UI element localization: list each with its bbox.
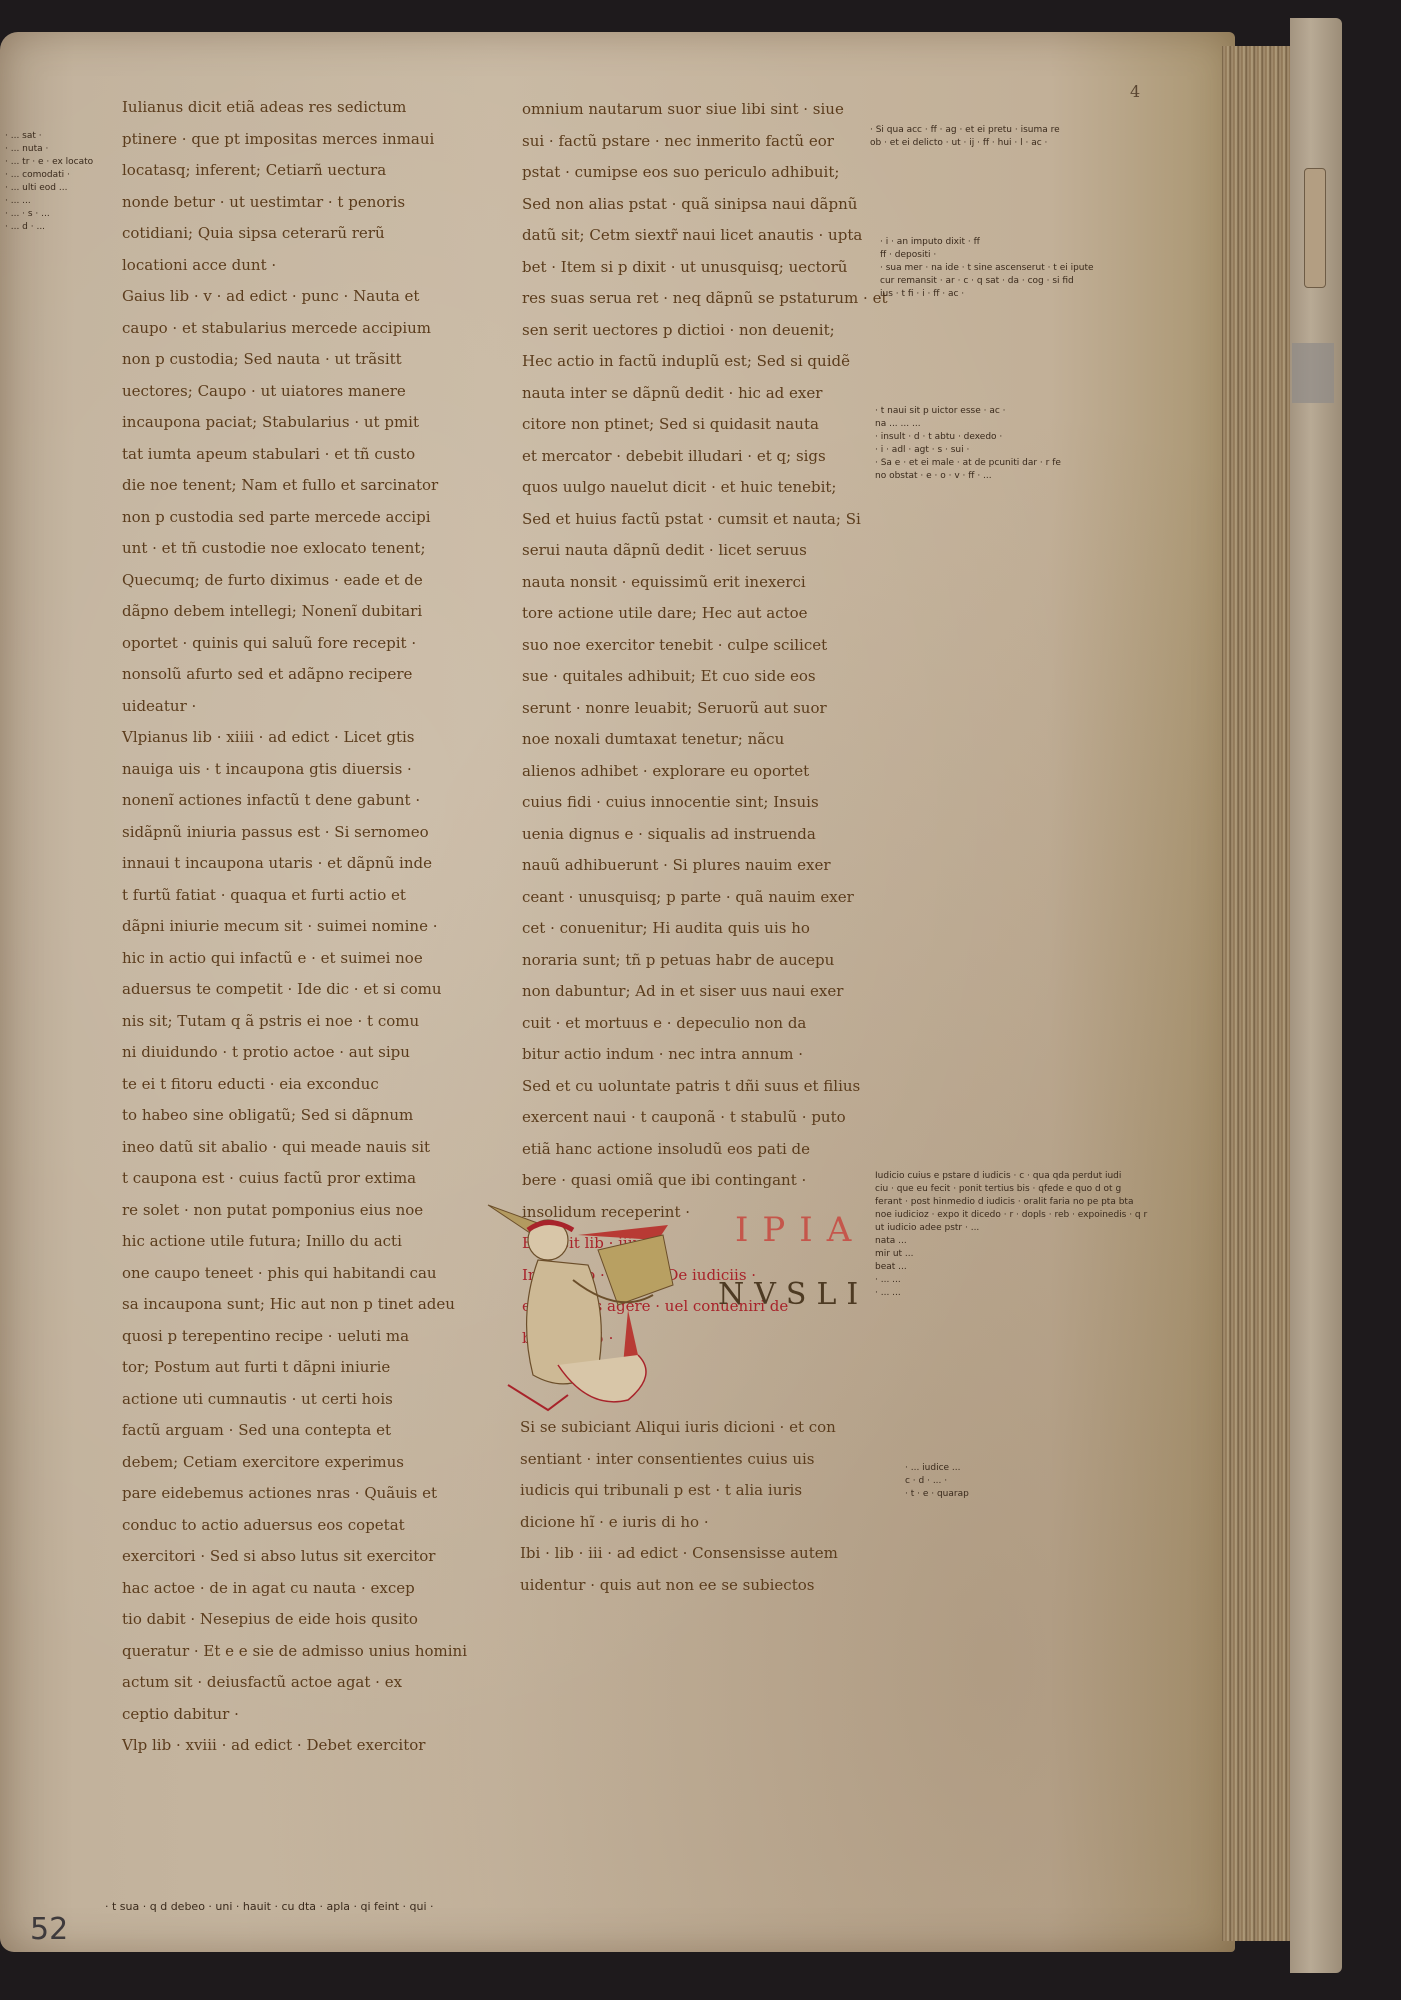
text-line: datũ sit; Cetm siextr̃ naui licet anauti…	[522, 220, 872, 252]
foliation-number: 4	[1130, 82, 1140, 101]
text-line: noe noxali dumtaxat tenetur; nãcu	[522, 724, 872, 756]
text-line: Ibi · lib · iii · ad edict · Consensisse…	[520, 1538, 870, 1570]
text-line: tat iumta apeum stabulari · et tñ custo	[122, 439, 512, 471]
text-line: Gaius lib · v · ad edict · punc · Nauta …	[122, 281, 512, 313]
text-line: cotidiani; Quia sipsa ceterarũ rerũ	[122, 218, 512, 250]
text-line: exercitori · Sed si abso lutus sit exerc…	[122, 1541, 512, 1573]
text-line: hic in actio qui infactũ e · et suimei n…	[122, 943, 512, 975]
gloss-line: ferant · post hinmedio d iudicis · orali…	[875, 1196, 1147, 1209]
text-line: nauta nonsit · equissimũ erit inexerci	[522, 567, 872, 599]
gloss-line: Iudicio cuius e pstare d iudicis · c · q…	[875, 1170, 1147, 1183]
text-line: serunt · nonre leuabit; Seruorũ aut suor	[522, 693, 872, 725]
text-line: Vlp lib · xviii · ad edict · Debet exerc…	[122, 1730, 512, 1762]
text-line: uidentur · quis aut non ee se subiectos	[520, 1570, 870, 1602]
gloss-line: ius · t fi · i · ff · ac ·	[880, 288, 1094, 301]
gloss-line: noe iudicioz · expo it dicedo · r · dopl…	[875, 1209, 1147, 1222]
gloss-line: ob · et ei delicto · ut · ij · ff · hui …	[870, 137, 1060, 150]
text-line: et mercator · debebit illudari · et q; s…	[522, 441, 872, 473]
gloss-line: · ... d · ...	[5, 221, 93, 234]
binding-patch	[1292, 343, 1334, 403]
text-line: bitur actio indum · nec intra annum ·	[522, 1039, 872, 1071]
right-lower-text-column: Si se subiciant Aliqui iuris dicioni · e…	[520, 1412, 870, 1601]
text-line: incaupona paciat; Stabularius · ut pmit	[122, 407, 512, 439]
text-line: Sed et cu uoluntate patris t dñi suus et…	[522, 1071, 872, 1103]
text-line: caupo · et stabularius mercede accipium	[122, 313, 512, 345]
text-line: sentiant · inter consentientes cuius uis	[520, 1444, 870, 1476]
gloss-line: · Si qua acc · ff · ag · et ei pretu · i…	[870, 124, 1060, 137]
text-line: quosi p terepentino recipe · ueluti ma	[122, 1321, 512, 1353]
text-line: uectores; Caupo · ut uiatores manere	[122, 376, 512, 408]
gloss-line: nata ...	[875, 1235, 1147, 1248]
gloss-line: · insult · d · t abtu · dexedo ·	[875, 431, 1061, 444]
text-line: non dabuntur; Ad in et siser uus naui ex…	[522, 976, 872, 1008]
text-line: pstat · cumipse eos suo periculo adhibui…	[522, 157, 872, 189]
text-line: sui · factũ pstare · nec inmerito factũ …	[522, 126, 872, 158]
display-title-line-1: IPIA	[735, 1210, 865, 1250]
text-line: hac actoe · de in agat cu nauta · excep	[122, 1573, 512, 1605]
text-line: suo noe exercitor tenebit · culpe scilic…	[522, 630, 872, 662]
gloss-line: · ... ...	[5, 195, 93, 208]
text-line: locationi acce dunt ·	[122, 250, 512, 282]
text-line: Si se subiciant Aliqui iuris dicioni · e…	[520, 1412, 870, 1444]
text-line: sue · quitales adhibuit; Et cuo side eos	[522, 661, 872, 693]
gloss-line: · ... ...	[875, 1287, 1147, 1300]
text-line: ineo datũ sit abalio · qui meade nauis s…	[122, 1132, 512, 1164]
gloss-line: · t naui sit p uictor esse · ac ·	[875, 405, 1061, 418]
seated-figure-icon	[478, 1195, 698, 1425]
text-line: dãpno debem intellegi; Nonenĩ dubitari	[122, 596, 512, 628]
gloss-line: ff · depositi ·	[880, 249, 1094, 262]
text-line: nis sit; Tutam q ã pstris ei noe · t com…	[122, 1006, 512, 1038]
text-line: tore actione utile dare; Hec aut actoe	[522, 598, 872, 630]
gloss-line: · ... · s · ...	[5, 208, 93, 221]
text-line: Hec actio in factũ induplũ est; Sed si q…	[522, 346, 872, 378]
text-line: bere · quasi omiã que ibi contingant ·	[522, 1165, 872, 1197]
page-edges	[1222, 46, 1294, 1941]
gloss-line: ciu · que eu fecit · ponit tertius bis ·…	[875, 1183, 1147, 1196]
text-line: cuit · et mortuus e · depeculio non da	[522, 1008, 872, 1040]
text-line: conduc to actio aduersus eos copetat	[122, 1510, 512, 1542]
text-line: t caupona est · cuius factũ pror extima	[122, 1163, 512, 1195]
margin-gloss-right-lower: · t naui sit p uictor esse · ac ·na ... …	[875, 405, 1061, 483]
text-line: non p custodia sed parte mercede accipi	[122, 502, 512, 534]
text-line: locatasq; inferent; Cetiarñ uectura	[122, 155, 512, 187]
gloss-line: · ... nuta ·	[5, 143, 93, 156]
text-line: ceant · unusquisq; p parte · quã nauim e…	[522, 882, 872, 914]
text-line: nauiga uis · t incaupona gtis diuersis ·	[122, 754, 512, 786]
text-line: Sed non alias pstat · quã sinipsa naui d…	[522, 189, 872, 221]
text-line: die noe tenent; Nam et fullo et sarcinat…	[122, 470, 512, 502]
text-line: bet · Item si p dixit · ut unusquisq; ue…	[522, 252, 872, 284]
text-line: Iulianus dicit etiã adeas res sedictum	[122, 92, 512, 124]
margin-gloss-right-top: · Si qua acc · ff · ag · et ei pretu · i…	[870, 124, 1060, 150]
margin-gloss-left: · ... sat ·· ... nuta ·· ... tr · e · ex…	[5, 130, 93, 234]
gloss-line: · i · an imputo dixit · ff	[880, 236, 1094, 249]
text-line: res suas serua ret · neq dãpnũ se pstatu…	[522, 283, 872, 315]
text-line: sa incaupona sunt; Hic aut non p tinet a…	[122, 1289, 512, 1321]
text-line: pare eidebemus actiones nras · Quãuis et	[122, 1478, 512, 1510]
text-line: cuius fidi · cuius innocentie sint; Insu…	[522, 787, 872, 819]
gloss-line: mir ut ...	[875, 1248, 1147, 1261]
text-line: nauũ adhibuerunt · Si plures nauim exer	[522, 850, 872, 882]
text-line: nonde betur · ut uestimtar · t penoris	[122, 187, 512, 219]
text-line: nonsolũ afurto sed et adãpno recipere	[122, 659, 512, 691]
gloss-line: · ... tr · e · ex locato	[5, 156, 93, 169]
text-line: t furtũ fatiat · quaqua et furti actio e…	[122, 880, 512, 912]
text-line: to habeo sine obligatũ; Sed si dãpnum	[122, 1100, 512, 1132]
text-line: Sed et huius factũ pstat · cumsit et nau…	[522, 504, 872, 536]
gloss-line: · ... ...	[875, 1274, 1147, 1287]
text-line: ceptio dabitur ·	[122, 1699, 512, 1731]
text-line: te ei t fitoru educti · eia exconduc	[122, 1069, 512, 1101]
text-line: sen serit uectores p dictioi · non deuen…	[522, 315, 872, 347]
margin-gloss-right-far-bottom: · ... iudice ... c · d · ... ·· t · e · …	[905, 1462, 969, 1501]
gloss-line: · ... ulti eod ...	[5, 182, 93, 195]
gloss-line: · t · e · quarap	[905, 1488, 969, 1501]
text-line: hic actione utile futura; Inillo du acti	[122, 1226, 512, 1258]
text-line: one caupo teneet · phis qui habitandi ca…	[122, 1258, 512, 1290]
text-line: alienos adhibet · explorare eu oportet	[522, 756, 872, 788]
text-line: uenia dignus e · siqualis ad instruenda	[522, 819, 872, 851]
gloss-line: ut iudicio adee pstr · ...	[875, 1222, 1147, 1235]
binding-tab	[1304, 168, 1326, 288]
text-line: debem; Cetiam exercitore experimus	[122, 1447, 512, 1479]
text-line: omnium nautarum suor siue libi sint · si…	[522, 94, 872, 126]
bottom-margin-note: · t sua · q d debeo · uni · hauit · cu d…	[105, 1900, 434, 1913]
left-text-column: Iulianus dicit etiã adeas res sedictumpt…	[122, 92, 512, 1762]
text-line: exercent naui · t cauponã · t stabulũ · …	[522, 1102, 872, 1134]
historiated-initial	[478, 1195, 698, 1425]
display-title-line-2: NVSLI	[718, 1277, 868, 1312]
text-line: non p custodia; Sed nauta · ut trãsitt	[122, 344, 512, 376]
text-line: nonenĩ actiones infactũ t dene gabunt ·	[122, 785, 512, 817]
gloss-line: · ... sat ·	[5, 130, 93, 143]
text-line: uideatur ·	[122, 691, 512, 723]
text-line: ptinere · que pt impositas merces inmaui	[122, 124, 512, 156]
text-line: actum sit · deiusfactũ actoe agat · ex	[122, 1667, 512, 1699]
gloss-line: · Sa e · et ei male · at de pcuniti dar …	[875, 457, 1061, 470]
book-binding	[1290, 18, 1342, 1973]
gloss-line: cur remansit · ar · c · q sat · da · cog…	[880, 275, 1094, 288]
gloss-line: · ... comodati ·	[5, 169, 93, 182]
text-line: nauta inter se dãpnũ dedit · hic ad exer	[522, 378, 872, 410]
text-line: re solet · non putat pomponius eius noe	[122, 1195, 512, 1227]
gloss-line: · sua mer · na ide · t sine ascenserut ·…	[880, 262, 1094, 275]
text-line: ni diuidundo · t protio actoe · aut sipu	[122, 1037, 512, 1069]
text-line: queratur · Et e e sie de admisso unius h…	[122, 1636, 512, 1668]
right-text-column: omnium nautarum suor siue libi sint · si…	[522, 94, 872, 1354]
text-line: cet · conuenitur; Hi audita quis uis ho	[522, 913, 872, 945]
text-line: quos uulgo nauelut dicit · et huic teneb…	[522, 472, 872, 504]
text-line: citore non ptinet; Sed si quidasit nauta	[522, 409, 872, 441]
text-line: Quecumq; de furto diximus · eade et de	[122, 565, 512, 597]
text-line: sidãpnũ iniuria passus est · Si sernomeo	[122, 817, 512, 849]
text-line: innaui t incaupona utaris · et dãpnũ ind…	[122, 848, 512, 880]
gloss-line: na ... ... ...	[875, 418, 1061, 431]
gloss-line: no obstat · e · o · v · ff · ...	[875, 470, 1061, 483]
text-line: dicione hĩ · e iuris di ho ·	[520, 1507, 870, 1539]
text-line: noraria sunt; tñ p petuas habr de aucepu	[522, 945, 872, 977]
text-line: actione uti cumnautis · ut certi hois	[122, 1384, 512, 1416]
text-line: etiã hanc actione insoludũ eos pati de	[522, 1134, 872, 1166]
text-line: oportet · quinis qui saluũ fore recepit …	[122, 628, 512, 660]
margin-gloss-right-bottom: Iudicio cuius e pstare d iudicis · c · q…	[875, 1170, 1147, 1300]
text-line: serui nauta dãpnũ dedit · licet seruus	[522, 535, 872, 567]
gloss-line: c · d · ... ·	[905, 1475, 969, 1488]
page-number: 52	[30, 1912, 68, 1947]
gloss-line: beat ...	[875, 1261, 1147, 1274]
text-line: aduersus te competit · Ide dic · et si c…	[122, 974, 512, 1006]
text-line: Vlpianus lib · xiiii · ad edict · Licet …	[122, 722, 512, 754]
text-line: tio dabit · Nesepius de eide hois qusito	[122, 1604, 512, 1636]
text-line: unt · et tñ custodie noe exlocato tenent…	[122, 533, 512, 565]
text-line: tor; Postum aut furti t dãpni iniurie	[122, 1352, 512, 1384]
text-line: factũ arguam · Sed una contepta et	[122, 1415, 512, 1447]
text-line: dãpni iniurie mecum sit · suimei nomine …	[122, 911, 512, 943]
gloss-line: · i · adl · agt · s · sui ·	[875, 444, 1061, 457]
margin-gloss-right-mid: · i · an imputo dixit · ffff · depositi …	[880, 236, 1094, 301]
gloss-line: · ... iudice ...	[905, 1462, 969, 1475]
text-line: iudicis qui tribunali p est · t alia iur…	[520, 1475, 870, 1507]
